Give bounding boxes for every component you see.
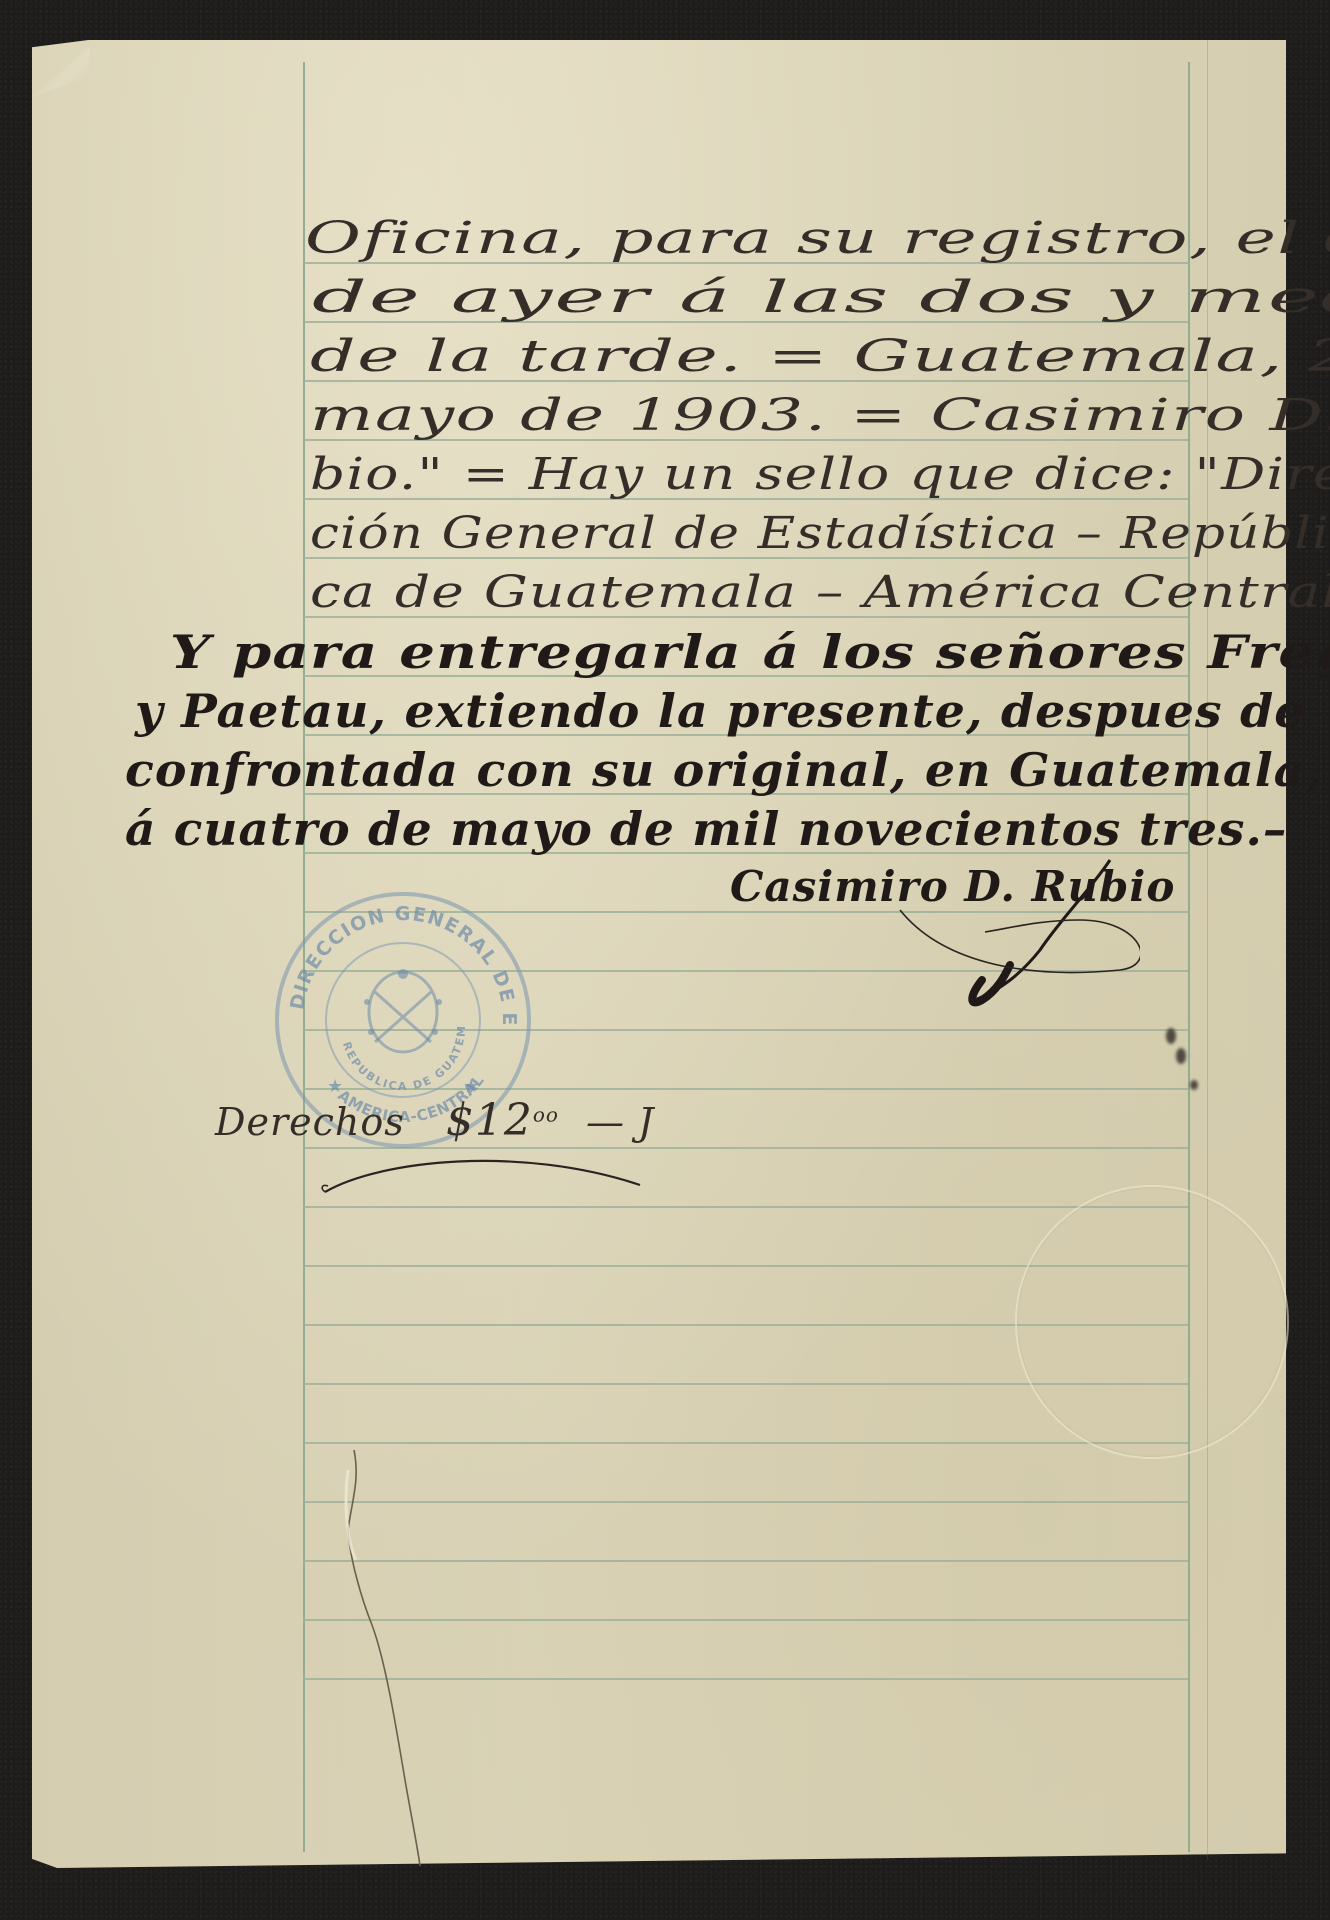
paper-tear (0, 0, 1330, 1920)
